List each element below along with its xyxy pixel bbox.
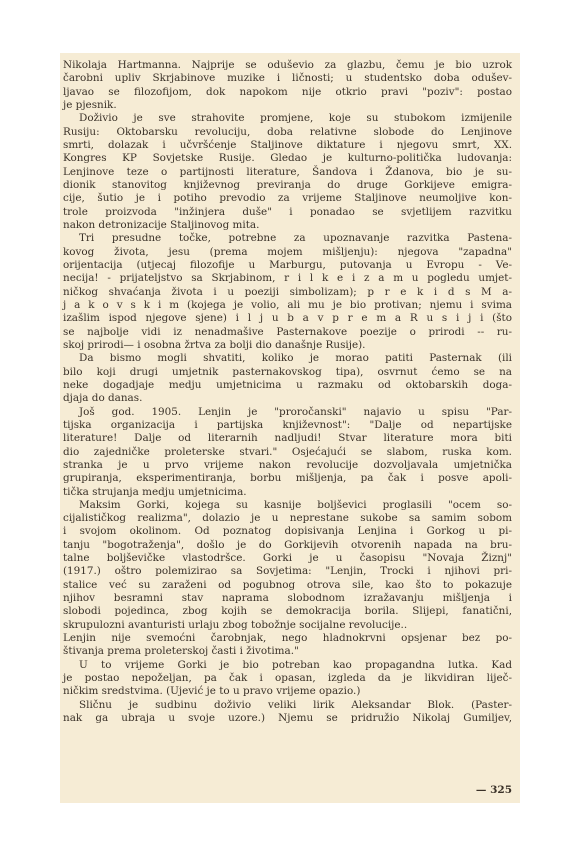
text-line: dionik stanovitog književnog previranja … (63, 179, 512, 192)
text-line: trole proizvoda "inžinjera duše" i ponad… (63, 206, 512, 219)
text-line: j a k o v s k i m (kojega je volio, ali … (63, 299, 512, 312)
text-line: bilo koji drugi umjetnik pasternakovskog… (63, 366, 512, 379)
text-line: čarobni upliv Skrjabinove muzike i lično… (63, 72, 512, 85)
text-line: necija! - prijateljstvo sa Skrjabinom, r… (63, 272, 512, 285)
text-line: Lenjin nije svemoćni čarobnjak, nego hla… (63, 632, 512, 645)
text-line: je postao nepoželjan, pa čak i opasan, i… (63, 672, 512, 685)
text-line: je pjesnik. (63, 99, 512, 112)
text-line: tička strujanja medju umjetnicima. (63, 486, 512, 499)
text-line: Nikolaja Hartmanna. Najprije se oduševio… (63, 59, 512, 72)
text-line: Još god. 1905. Lenjin je "proročanski" n… (63, 406, 512, 419)
text-line: skrupulozni avanturisti urlaju zbog tobo… (63, 619, 512, 632)
text-line: štivanja prema proleterskoj časti i živo… (63, 645, 512, 658)
text-line: stalice već su zaraženi od pogubnog otro… (63, 579, 512, 592)
text-line: izašlim ispod njegove sjene) i l j u b a… (63, 312, 512, 325)
text-line: ljavao se filozofijom, dok napokom nije … (63, 86, 512, 99)
text-line: talne boljševičke vlastodršce. Gorki je … (63, 552, 512, 565)
text-line: se najbolje vidi iz nenadmašive Pasterna… (63, 326, 512, 339)
text-line: ničkim sredstvima. (Ujević je to u pravo… (63, 685, 512, 698)
text-line: cije, šutio je i potiho prevodio za vrij… (63, 192, 512, 205)
text-line: cijalističkog realizma", dolazio je u ne… (63, 512, 512, 525)
text-line: njihov besramni stav naprama slobodnom i… (63, 592, 512, 605)
text-line: slobodi pojedinca, zbog kojih se demokra… (63, 605, 512, 618)
text-line: Maksim Gorki, kojega su kasnije boljševi… (63, 499, 512, 512)
text-line: Lenjinove teze o partijnosti literature,… (63, 166, 512, 179)
text-line: literature! Dalje od literarnih nadljudi… (63, 432, 512, 445)
text-line: Rusiju: Oktobarsku revoluciju, doba rela… (63, 126, 512, 139)
text-line: neke dogadjaje medju umjetnicima u razma… (63, 379, 512, 392)
text-line: kovog života, jesu (prema mojem mišljenj… (63, 246, 512, 259)
text-line: nak ga ubraja u svoje uzore.) Njemu se p… (63, 712, 512, 725)
page-body-text: Nikolaja Hartmanna. Najprije se oduševio… (63, 59, 512, 725)
text-line: Da bismo mogli shvatiti, koliko je morao… (63, 352, 512, 365)
text-line: orijentacija (utjecaj filozofije u Marbu… (63, 259, 512, 272)
book-page: Nikolaja Hartmanna. Najprije se oduševio… (60, 53, 520, 803)
text-line: Kongres KP Sovjetske Rusije. Gledao je k… (63, 152, 512, 165)
text-line: Doživio je sve strahovite promjene, koje… (63, 112, 512, 125)
text-line: dio zajedničke proleterske stvari." Osje… (63, 446, 512, 459)
text-line: skoj prirodi— i osobna žrtva za bolji di… (63, 339, 512, 352)
text-line: grupiranja, eksperimentiranja, borbu miš… (63, 472, 512, 485)
text-line: U to vrijeme Gorki je bio potreban kao p… (63, 659, 512, 672)
text-line: ničkog shvaćanja života i u poeziji simb… (63, 286, 512, 299)
text-line: nakon detronizacije Staljinovog mita. (63, 219, 512, 232)
text-line: stranka je u prvo vrijeme nakon revoluci… (63, 459, 512, 472)
text-line: djaja do danas. (63, 392, 512, 405)
text-line: (1917.) oštro polemizirao sa Sovjetima: … (63, 565, 512, 578)
text-line: tijska organizacija i partijska književn… (63, 419, 512, 432)
page-number: — 325 (476, 784, 512, 796)
text-line: Sličnu je sudbinu doživio veliki lirik A… (63, 699, 512, 712)
text-line: smrti, dolazak i učvršćenje Staljinove d… (63, 139, 512, 152)
text-line: Tri presudne točke, potrebne za upoznava… (63, 232, 512, 245)
text-line: i svojom okolinom. Od poznatog dopisivan… (63, 525, 512, 538)
text-line: tanju "bogotraženja", došlo je do Gorkij… (63, 539, 512, 552)
